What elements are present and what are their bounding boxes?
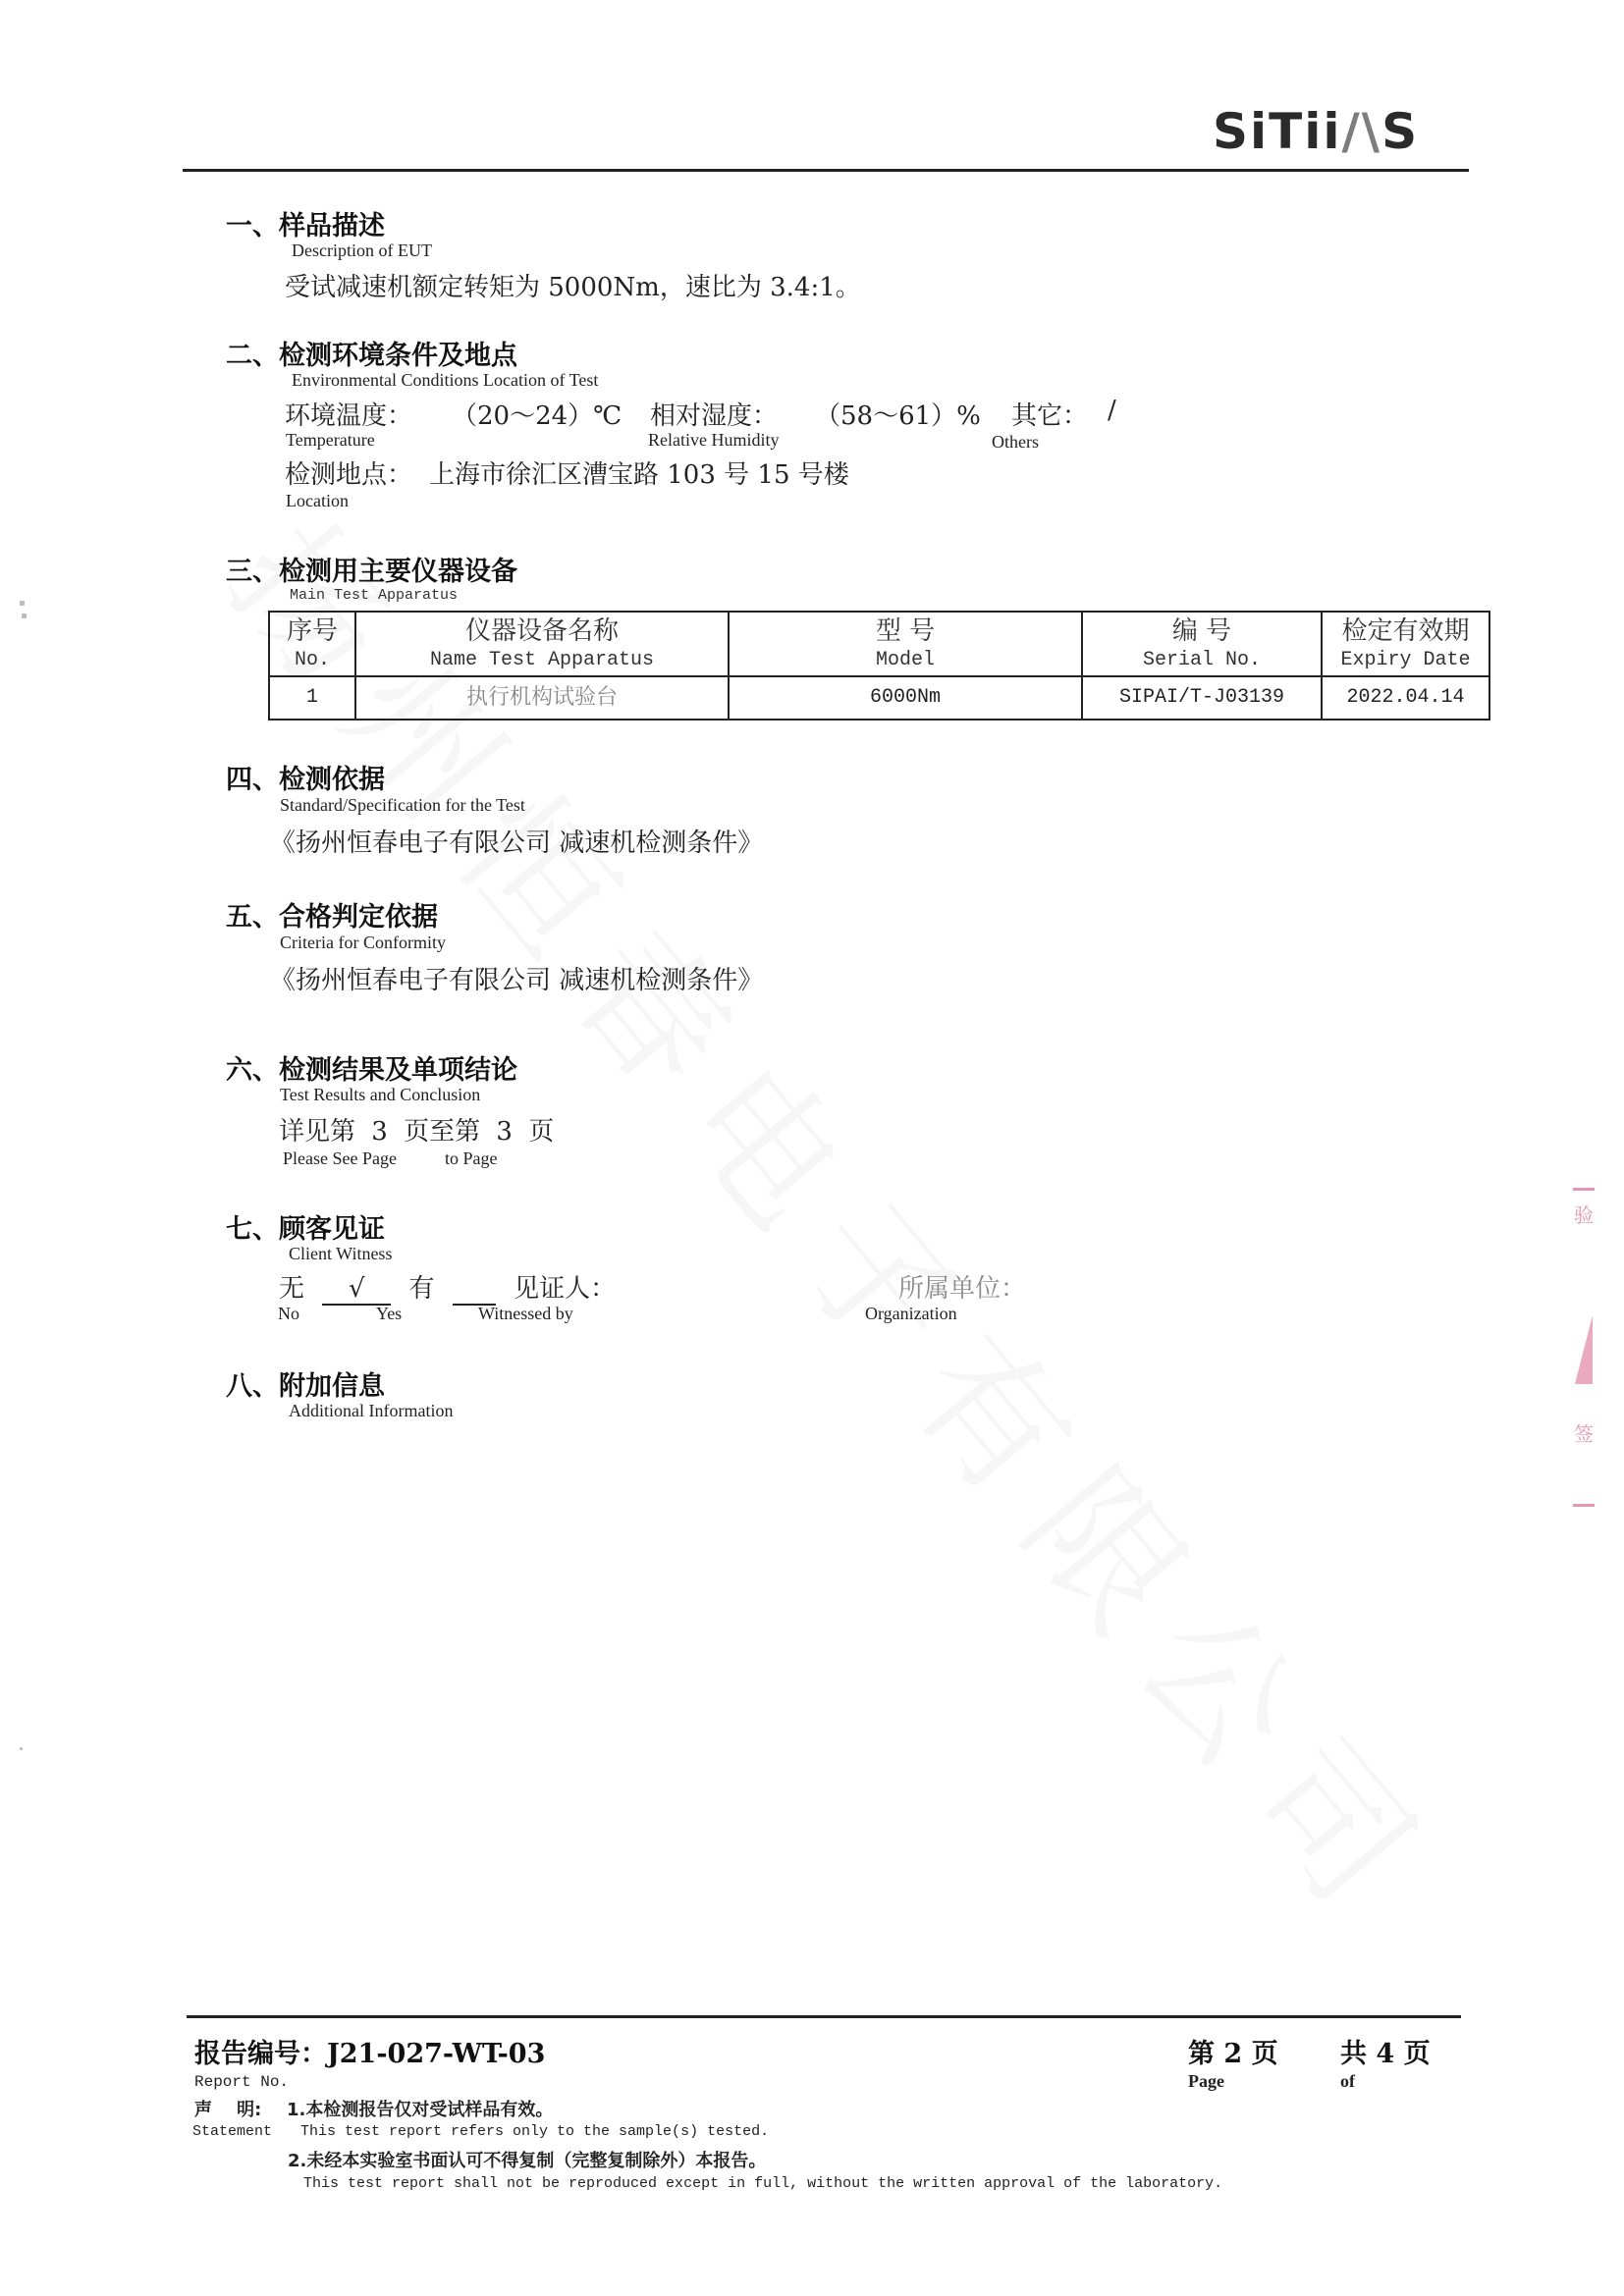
yes-witness-label: 有 xyxy=(409,1274,435,1304)
footer-divider xyxy=(187,2015,1461,2018)
header-name-cn: 仪器设备名称 xyxy=(360,614,724,648)
see-prefix: 详见第 xyxy=(279,1117,355,1147)
statement-label: 声 明: xyxy=(194,2096,261,2121)
total-pages: 共 4 页 xyxy=(1340,2032,1431,2070)
cell-name: 执行机构试验台 xyxy=(355,676,729,720)
logo-a-mark: /\ xyxy=(1342,103,1382,160)
organization-label: 所属单位： xyxy=(898,1268,1026,1305)
scan-speck xyxy=(20,601,25,606)
stamp-edge-top xyxy=(1573,1188,1595,1191)
results-reference: 详见第 3 页至第 3 页 xyxy=(279,1111,554,1148)
table-header-row: 序号 No. 仪器设备名称 Name Test Apparatus 型 号 Mo… xyxy=(269,612,1489,676)
header-no-en: No. xyxy=(274,648,351,673)
organization-en: Organization xyxy=(865,1304,957,1324)
location-en: Location xyxy=(286,491,349,511)
section-6-title: 六、检测结果及单项结论 xyxy=(226,1048,517,1087)
section-2-subtitle: Environmental Conditions Location of Tes… xyxy=(292,370,598,391)
header-model-en: Model xyxy=(733,648,1077,673)
header-expiry: 检定有效期 Expiry Date xyxy=(1322,612,1489,676)
section-6-subtitle: Test Results and Conclusion xyxy=(280,1085,480,1105)
temperature-value: （20～24）℃ xyxy=(452,396,622,432)
header-expiry-en: Expiry Date xyxy=(1326,648,1485,673)
scan-speck xyxy=(22,614,27,618)
others-en: Others xyxy=(992,432,1039,453)
location-value: 上海市徐汇区漕宝路 103 号 15 号楼 xyxy=(429,454,849,491)
logo-text-part3: S xyxy=(1381,103,1419,160)
header-expiry-cn: 检定有效期 xyxy=(1326,614,1485,648)
scan-speck xyxy=(20,1747,23,1750)
stamp-glyph-bottom: 签 xyxy=(1573,1418,1595,1447)
apparatus-table: 序号 No. 仪器设备名称 Name Test Apparatus 型 号 Mo… xyxy=(268,611,1490,721)
header-model: 型 号 Model xyxy=(729,612,1082,676)
section-8-title: 八、附加信息 xyxy=(226,1364,385,1403)
stamp-mark xyxy=(1575,1315,1593,1384)
page-from: 3 xyxy=(371,1117,388,1147)
total-en: of xyxy=(1340,2071,1355,2092)
header-name: 仪器设备名称 Name Test Apparatus xyxy=(355,612,729,676)
report-number: 报告编号：J21-027-WT-03 xyxy=(194,2032,545,2070)
section-5-subtitle: Criteria for Conformity xyxy=(280,933,446,953)
others-label: 其它： xyxy=(1011,396,1088,432)
section-5-title: 五、合格判定依据 xyxy=(226,895,438,934)
conformity-criteria: 《扬州恒春电子有限公司 减速机检测条件》 xyxy=(270,960,763,996)
no-witness-label: 无 xyxy=(279,1274,304,1304)
cell-expiry: 2022.04.14 xyxy=(1322,676,1489,720)
header-model-cn: 型 号 xyxy=(733,614,1077,648)
temperature-en: Temperature xyxy=(286,430,375,451)
seam-stamp: 验 签 xyxy=(1573,1188,1595,1512)
page-en: Page xyxy=(1188,2071,1224,2092)
others-value: / xyxy=(1108,396,1116,425)
section-4-title: 四、检测依据 xyxy=(226,758,385,796)
report-number-en: Report No. xyxy=(194,2073,289,2091)
stamp-edge-bottom xyxy=(1573,1504,1595,1507)
cell-model: 6000Nm xyxy=(729,676,1082,720)
see-mid: 页至第 xyxy=(404,1117,480,1147)
logo-text-part1: SiTii xyxy=(1213,103,1342,160)
section-1-subtitle: Description of EUT xyxy=(292,240,432,261)
statement-label-en: Statement xyxy=(192,2123,272,2140)
yes-en: Yes xyxy=(376,1304,402,1324)
table-row: 1 执行机构试验台 6000Nm SIPAI/T-J03139 2022.04.… xyxy=(269,676,1489,720)
section-7-title: 七、顾客见证 xyxy=(226,1207,385,1246)
no-witness-field[interactable]: √ xyxy=(322,1274,391,1306)
header-name-en: Name Test Apparatus xyxy=(360,648,724,673)
yes-witness-field[interactable] xyxy=(453,1278,496,1306)
humidity-label: 相对湿度： xyxy=(650,396,778,432)
test-standard: 《扬州恒春电子有限公司 减速机检测条件》 xyxy=(270,823,763,859)
header-no-cn: 序号 xyxy=(274,614,351,648)
cell-serial: SIPAI/T-J03139 xyxy=(1082,676,1322,720)
header-serial: 编 号 Serial No. xyxy=(1082,612,1322,676)
statement-1-en: This test report refers only to the samp… xyxy=(300,2123,769,2140)
report-number-value: J21-027-WT-03 xyxy=(327,2039,545,2069)
page-number: 第 2 页 xyxy=(1188,2032,1278,2070)
to-page-en: to Page xyxy=(445,1148,498,1169)
section-8-subtitle: Additional Information xyxy=(289,1401,453,1421)
section-3-title: 三、检测用主要仪器设备 xyxy=(226,550,517,588)
witness-line: 无 √ 有 见证人： xyxy=(279,1268,616,1306)
header-divider xyxy=(183,169,1469,172)
section-3-subtitle: Main Test Apparatus xyxy=(290,587,458,604)
report-number-label: 报告编号： xyxy=(194,2039,327,2069)
section-1-title: 一、样品描述 xyxy=(226,204,385,242)
humidity-en: Relative Humidity xyxy=(648,430,779,451)
company-logo: SiTii/\S xyxy=(1213,103,1419,160)
header-serial-cn: 编 号 xyxy=(1087,614,1317,648)
witnessed-by-en: Witnessed by xyxy=(478,1304,573,1324)
witnessed-by-label: 见证人： xyxy=(514,1274,616,1304)
statement-2-cn: 2.未经本实验室书面认可不得复制（完整复制除外）本报告。 xyxy=(288,2147,766,2172)
eut-description: 受试减速机额定转矩为 5000Nm，速比为 3.4:1。 xyxy=(285,267,861,303)
section-7-subtitle: Client Witness xyxy=(289,1244,392,1264)
location-label: 检测地点： xyxy=(285,454,412,491)
statement-2-en: This test report shall not be reproduced… xyxy=(303,2175,1222,2192)
section-4-subtitle: Standard/Specification for the Test xyxy=(280,795,525,816)
see-suffix: 页 xyxy=(528,1117,554,1147)
no-en: No xyxy=(278,1304,299,1324)
page-to: 3 xyxy=(496,1117,513,1147)
section-2-title: 二、检测环境条件及地点 xyxy=(226,334,517,372)
statement-1-cn: 1.本检测报告仅对受试样品有效。 xyxy=(287,2096,553,2121)
see-page-en: Please See Page xyxy=(283,1148,397,1169)
cell-no: 1 xyxy=(269,676,355,720)
header-serial-en: Serial No. xyxy=(1087,648,1317,673)
header-no: 序号 No. xyxy=(269,612,355,676)
stamp-glyph-top: 验 xyxy=(1573,1200,1595,1228)
temperature-label: 环境温度： xyxy=(285,396,412,432)
humidity-value: （58～61）% xyxy=(815,396,981,432)
